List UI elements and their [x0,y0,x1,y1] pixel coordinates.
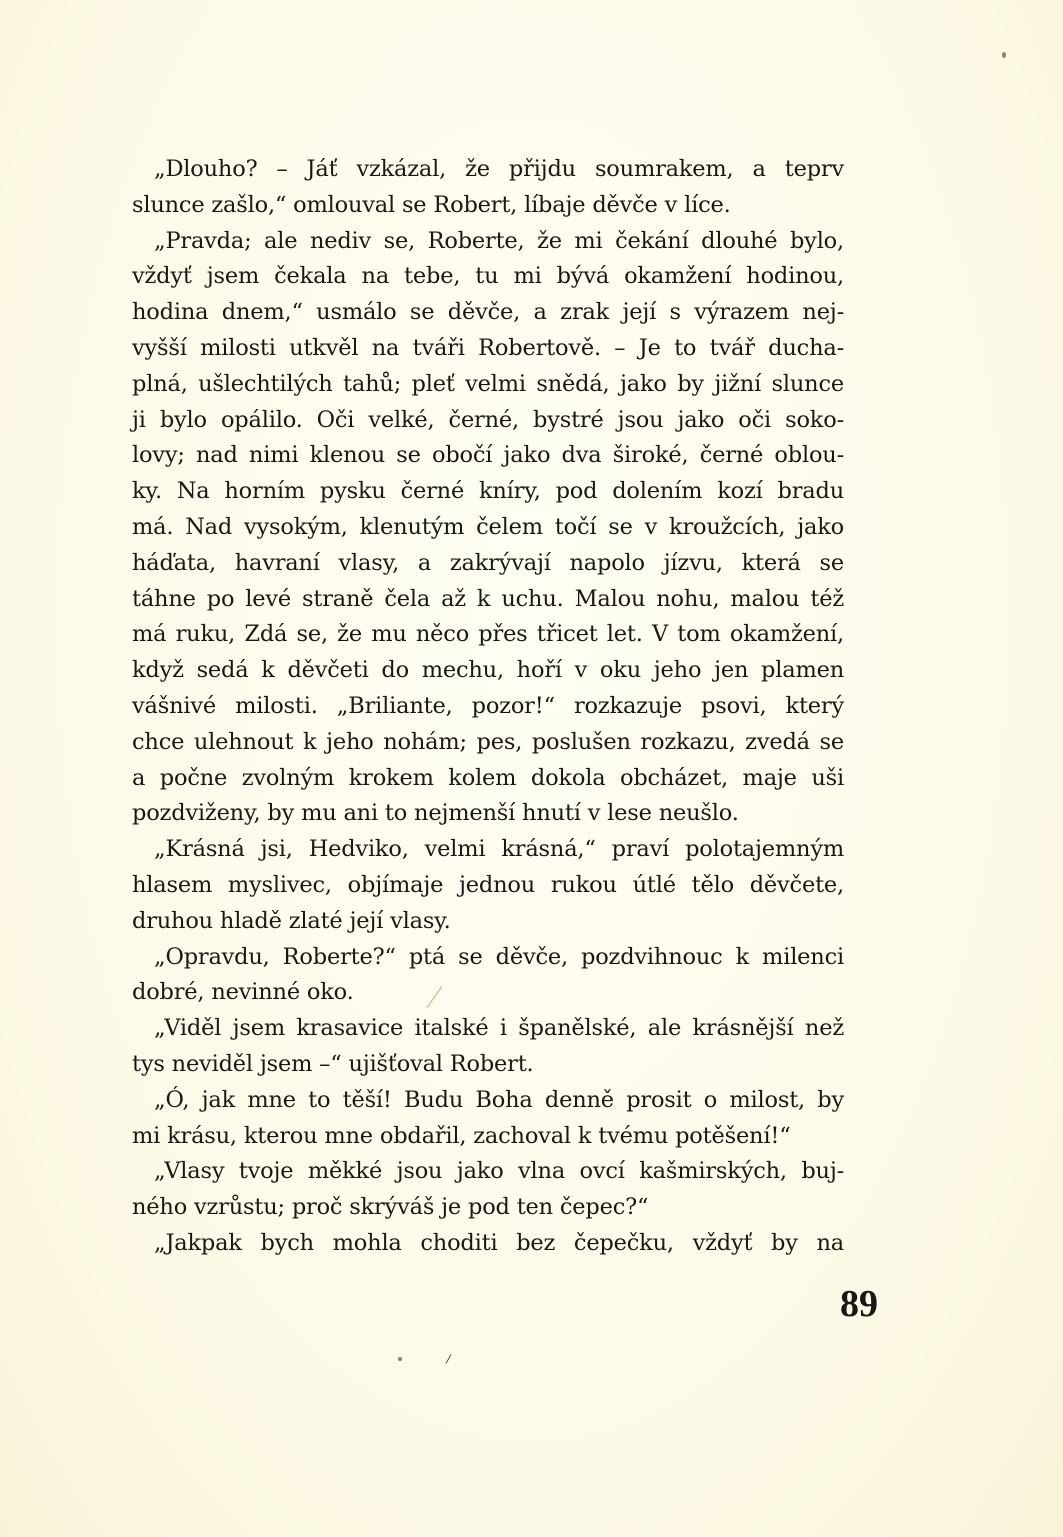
paper-speck [1002,52,1006,58]
text-line: háďata, havraní vlasy, a zakrývají napol… [132,546,844,582]
text-line: vášnivé milosti. „Briliante, pozor!“ roz… [132,689,844,725]
pencil-mark [446,1354,452,1363]
text-line: lovy; nad nimi klenou se obočí jako dva … [132,438,844,474]
page-number: 89 [840,1282,878,1326]
text-line: ky. Na horním pysku černé kníry, pod dol… [132,474,844,510]
text-line: dobré, nevinné oko. [132,975,844,1011]
text-line: „Ó, jak mne to těší! Budu Boha denně pro… [132,1083,844,1119]
text-line: mi krásu, kterou mne obdařil, zachoval k… [132,1119,844,1155]
text-line: „Pravda; ale nediv se, Roberte, že mi če… [132,224,844,260]
text-line: vždyť jsem čekala na tebe, tu mi bývá ok… [132,259,844,295]
paper-speck [398,1357,402,1361]
text-line: plná, ušlechtilých tahů; pleť velmi sněd… [132,367,844,403]
text-line: pozdviženy, by mu ani to nejmenší hnutí … [132,796,844,832]
text-line: a počne zvolným krokem kolem dokola obch… [132,761,844,797]
text-line: ného vzrůstu; proč skrýváš je pod ten če… [132,1190,844,1226]
text-line: hlasem myslivec, objímaje jednou rukou ú… [132,868,844,904]
text-line: „Opravdu, Roberte?“ ptá se děvče, pozdvi… [132,940,844,976]
text-line: druhou hladě zlaté její vlasy. [132,904,844,940]
text-line: slunce zašlo,“ omlouval se Robert, líbaj… [132,188,844,224]
text-line: „Viděl jsem krasavice italské i španělsk… [132,1011,844,1047]
text-line: „Dlouho? – Jáť vzkázal, že přijdu soumra… [132,152,844,188]
body-text: „Dlouho? – Jáť vzkázal, že přijdu soumra… [132,152,844,1262]
text-line: má ruku, Zdá se, že mu něco přes třicet … [132,617,844,653]
text-line: chce ulehnout k jeho nohám; pes, posluše… [132,725,844,761]
text-line: „Krásná jsi, Hedviko, velmi krásná,“ pra… [132,832,844,868]
text-line: táhne po levé straně čela až k uchu. Mal… [132,582,844,618]
book-page: „Dlouho? – Jáť vzkázal, že přijdu soumra… [0,0,1063,1537]
text-line: vyšší milosti utkvěl na tváři Robertově.… [132,331,844,367]
text-line: „Jakpak bych mohla choditi bez čepečku, … [132,1226,844,1262]
text-line: tys neviděl jsem –“ ujišťoval Robert. [132,1047,844,1083]
text-line: když sedá k děvčeti do mechu, hoří v oku… [132,653,844,689]
text-line: má. Nad vysokým, klenutým čelem točí se … [132,510,844,546]
text-line: „Vlasy tvoje měkké jsou jako vlna ovcí k… [132,1154,844,1190]
text-line: hodina dnem,“ usmálo se děvče, a zrak je… [132,295,844,331]
text-line: ji bylo opálilo. Oči velké, černé, bystr… [132,403,844,439]
